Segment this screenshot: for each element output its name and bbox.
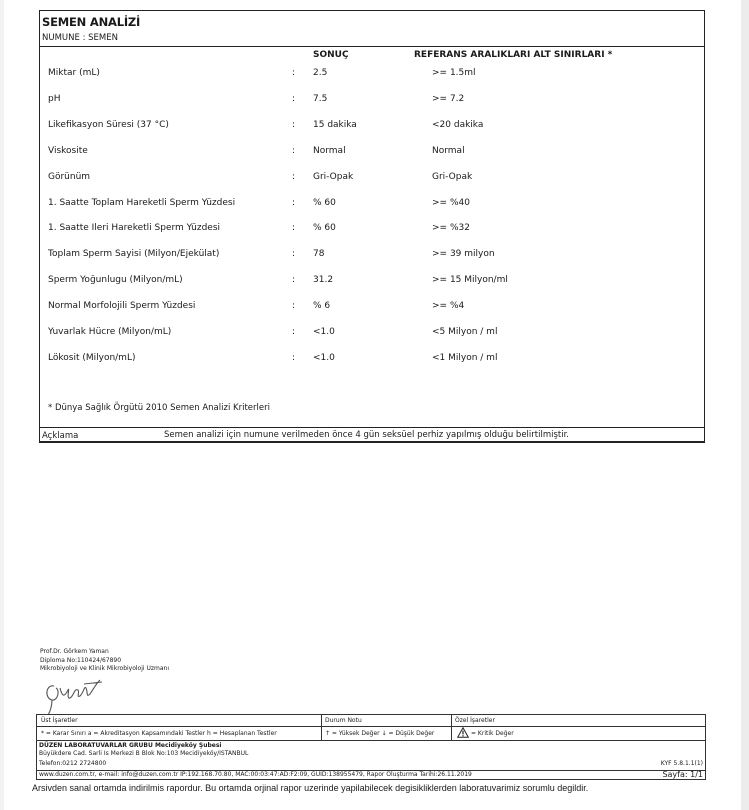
reference-range: >= %4 [432,301,464,311]
contact-info: www.duzen.com.tr, e-mail: info@duzen.com… [39,771,472,778]
test-name: Görünüm [48,172,90,182]
separator: : [292,172,295,182]
lab-phone: Telefon:0212 2724800 [39,760,106,767]
test-name: Miktar (mL) [48,68,100,78]
test-name: Toplam Sperm Sayisi (Milyon/Ejekülat) [48,249,219,259]
reference-range: >= %40 [432,198,470,208]
result-value: % 6 [313,301,330,311]
test-name: 1. Saatte Ileri Hareketli Sperm Yüzdesi [48,223,220,233]
lab-info: DÜZEN LABORATUVARLAR GRUBU Mecidiyeköy Ş… [37,741,705,771]
test-name: pH [48,94,60,104]
page-edge-left [0,0,4,810]
result-value: <1.0 [313,327,335,337]
test-name: 1. Saatte Toplam Hareketli Sperm Yüzdesi [48,198,235,208]
signature-block: Prof.Dr. Görkem Yaman Diploma No:110424/… [40,648,169,674]
table-row: Viskosite:NormalNormal [40,146,704,160]
separator: : [292,301,295,311]
status-legend: ↑ = Yüksek Değer ↓ = Düşük Değer [325,730,434,737]
result-value: Gri-Opak [313,172,353,182]
test-name: Lökosit (Milyon/mL) [48,353,135,363]
reference-range: <20 dakika [432,120,483,130]
table-row: Toplam Sperm Sayisi (Milyon/Ejekülat):78… [40,249,704,263]
result-value: 31.2 [313,275,333,285]
footer-divider [321,715,322,740]
reference-range: >= 39 milyon [432,249,495,259]
table-row: Yuvarlak Hücre (Milyon/mL):<1.0<5 Milyon… [40,327,704,341]
test-name: Yuvarlak Hücre (Milyon/mL) [48,327,171,337]
test-name: Normal Morfolojili Sperm Yüzdesi [48,301,195,311]
result-column-header: SONUÇ [313,50,349,60]
page-number: Sayfa: 1/1 [662,770,703,779]
lab-name: DÜZEN LABORATUVARLAR GRUBU Mecidiyeköy Ş… [39,742,221,749]
test-name: Likefikasyon Süresi (37 °C) [48,120,169,130]
footer-divider [451,715,452,740]
sample-type: NUMUNE : SEMEN [42,33,118,43]
scrollbar-track[interactable] [741,0,749,810]
contact-row: www.duzen.com.tr, e-mail: info@duzen.com… [37,770,705,780]
special-header: Özel İşaretler [455,717,495,724]
footnote: * Dünya Sağlık Örgütü 2010 Semen Analizi… [48,403,270,413]
reference-range: >= 1.5ml [432,68,476,78]
reference-range: >= 15 Milyon/ml [432,275,508,285]
lab-address: Büyükdere Cad. Sarli Is Merkezi B Blok N… [39,750,248,757]
report-title: SEMEN ANALİZİ [42,15,140,29]
result-value: 7.5 [313,94,327,104]
separator: : [292,68,295,78]
table-row: pH:7.5>= 7.2 [40,94,704,108]
reference-column-header: REFERANS ARALIKLARI ALT SINIRLARI * [414,50,612,60]
signature-image [40,676,110,716]
separator: : [292,275,295,285]
footer-table: Üst İşaretler Durum Notu Özel İşaretler … [36,714,706,780]
table-row: Likefikasyon Süresi (37 °C):15 dakika<20… [40,120,704,134]
top-marks-header: Üst İşaretler [41,717,78,724]
separator: : [292,198,295,208]
table-row: Görünüm:Gri-OpakGri-Opak [40,172,704,186]
separator: : [292,94,295,104]
separator: : [292,146,295,156]
reference-range: Normal [432,146,465,156]
result-value: 78 [313,249,324,259]
result-value: % 60 [313,223,336,233]
result-value: <1.0 [313,353,335,363]
archive-disclaimer: Arsivden sanal ortamda indirilmis rapord… [32,783,588,793]
test-name: Sperm Yoğunlugu (Milyon/mL) [48,275,183,285]
test-name: Viskosite [48,146,88,156]
table-row: Lökosit (Milyon/mL):<1.0<1 Milyon / ml [40,353,704,367]
special-legend: = Kritik Değer [471,730,514,737]
doctor-title: Mikrobiyoloji ve Klinik Mikrobiyoloji Uz… [40,665,169,674]
reference-range: <5 Milyon / ml [432,327,497,337]
result-value: 2.5 [313,68,327,78]
top-marks-legend: * = Karar Sınırı a = Akreditasyon Kapsam… [41,730,277,737]
separator: : [292,120,295,130]
table-row: 1. Saatte Toplam Hareketli Sperm Yüzdesi… [40,198,704,212]
semen-analysis-report: SEMEN ANALİZİ NUMUNE : SEMEN SONUÇ REFER… [39,10,705,442]
footer-legend-row: * = Karar Sınırı a = Akreditasyon Kapsam… [37,726,705,741]
table-row: Miktar (mL):2.5>= 1.5ml [40,68,704,82]
result-value: Normal [313,146,346,156]
warning-triangle-icon [457,727,469,738]
diploma-number: Diploma No:110424/67890 [40,657,169,666]
description-label: Açklama [42,431,78,441]
table-row: Normal Morfolojili Sperm Yüzdesi:% 6>= %… [40,301,704,315]
report-header: SEMEN ANALİZİ NUMUNE : SEMEN [40,11,704,47]
reference-range: >= 7.2 [432,94,464,104]
reference-range: Gri-Opak [432,172,472,182]
table-row: 1. Saatte Ileri Hareketli Sperm Yüzdesi:… [40,223,704,237]
doctor-name: Prof.Dr. Görkem Yaman [40,648,169,657]
reference-range: >= %32 [432,223,470,233]
separator: : [292,327,295,337]
table-row: Sperm Yoğunlugu (Milyon/mL):31.2>= 15 Mi… [40,275,704,289]
form-code: KYF 5.8.1.1(1) [661,760,703,767]
result-value: 15 dakika [313,120,357,130]
description-text: Semen analizi için numune verilmeden önc… [164,430,569,440]
separator: : [292,223,295,233]
separator: : [292,249,295,259]
report-bottom-border [39,441,705,443]
result-value: % 60 [313,198,336,208]
separator: : [292,353,295,363]
status-header: Durum Notu [325,717,362,724]
reference-range: <1 Milyon / ml [432,353,497,363]
